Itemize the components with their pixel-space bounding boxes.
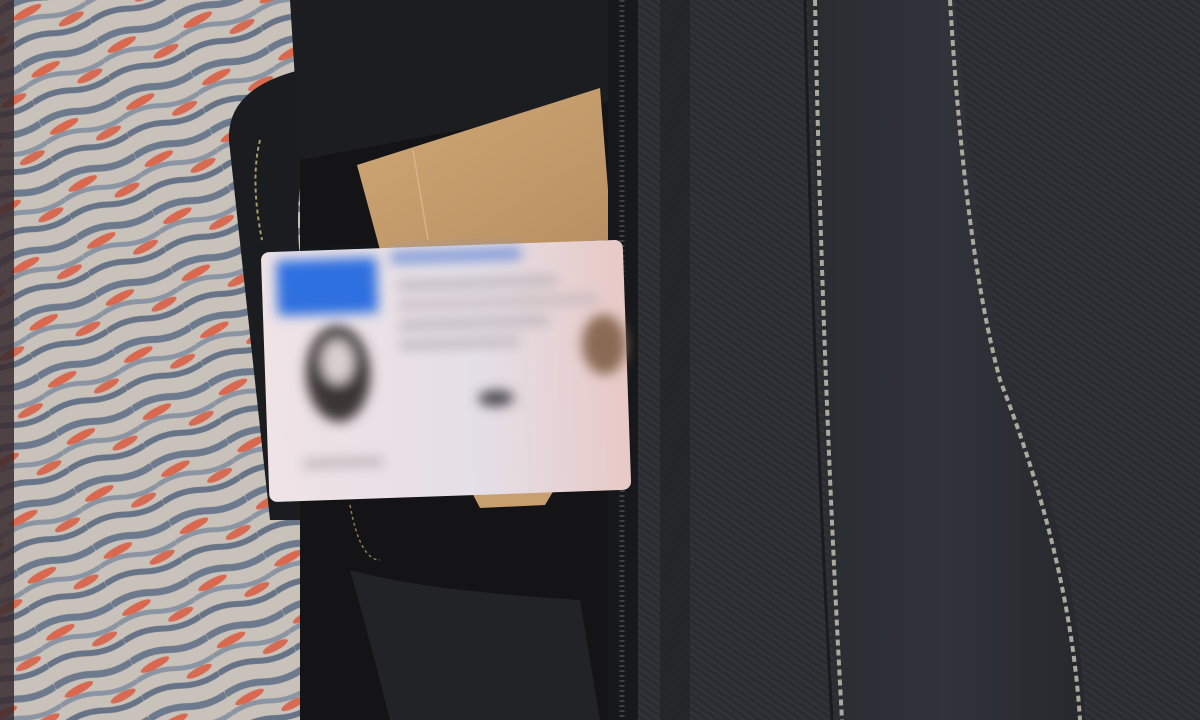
photo-scene (0, 0, 1200, 720)
photo-canvas (0, 0, 1200, 720)
id-card (261, 240, 632, 502)
